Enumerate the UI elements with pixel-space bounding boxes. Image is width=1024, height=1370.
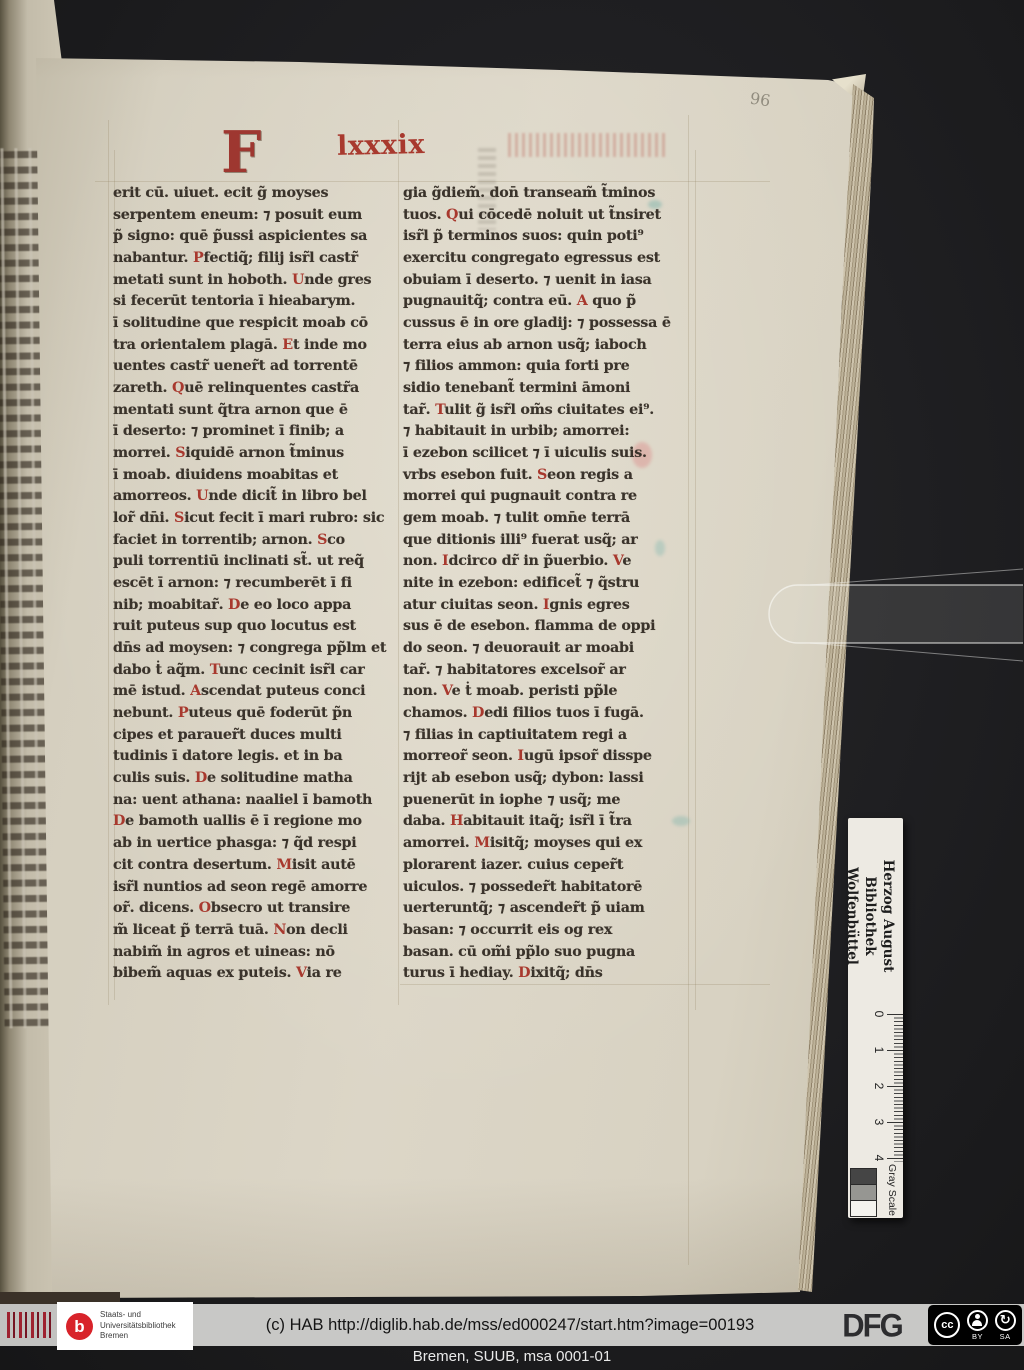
manuscript-text-line: uentes castr̃ uener̃t ad torrentē bbox=[113, 356, 403, 378]
manuscript-text-line: do seon. ⁊ deuorauit ar moabi bbox=[403, 638, 693, 660]
manuscript-text-line: ī deserto: ⁊ prominet ī finib; a bbox=[113, 421, 403, 443]
text-column-right: gia g̃diem̃. don̄ transeam̃ t̃minostuos.… bbox=[403, 183, 693, 985]
text-column-left: erit cū. uiuet. ecit g̃ moysesserpentem … bbox=[113, 183, 403, 985]
bremen-library-logo: b Staats- und Universitätsbibliothek Bre… bbox=[57, 1302, 193, 1350]
cc-sa-icon: ↻ SA bbox=[995, 1310, 1016, 1341]
dfg-logo: DFG bbox=[818, 1303, 926, 1347]
manuscript-text-line: mē istud. Ascendat puteus conci bbox=[113, 681, 403, 703]
gray-scale-swatch bbox=[850, 1168, 877, 1185]
manuscript-text-line: non. Idcirco dr̃ in p̃uerbio. Ve bbox=[403, 551, 693, 573]
manuscript-text-line: sus ē de esebon. flamma de oppi bbox=[403, 616, 693, 638]
manuscript-text-line: ⁊ habitauit in urbib; amorrei: bbox=[403, 421, 693, 443]
manuscript-text-line: ī ezebon scilicet ⁊ ī uiculis suis. bbox=[403, 443, 693, 465]
manuscript-text-line: morrei. Siquidē arnon t̃minus bbox=[113, 443, 403, 465]
manuscript-text-line: obuiam ī deserto. ⁊ uenit in iasa bbox=[403, 270, 693, 292]
manuscript-text-line: nib; moabitar̃. De eo loco appa bbox=[113, 595, 403, 617]
manuscript-text-line: De bamoth uallis ē ī regione mo bbox=[113, 811, 403, 833]
manuscript-text-line: uiculos. ⁊ posseder̃t habitatorē bbox=[403, 877, 693, 899]
ruler-minor-ticks bbox=[894, 1014, 903, 1162]
folio-number-pencil: 96 bbox=[749, 89, 772, 111]
ruling-line bbox=[108, 120, 109, 1005]
manuscript-text-line: nite in ezebon: edificet̃ ⁊ q̃stru bbox=[403, 573, 693, 595]
manuscript-text-line: exercitu congregato egressus est bbox=[403, 248, 693, 270]
manuscript-text-line: na: uent athana: naaliel ī bamoth bbox=[113, 790, 403, 812]
cc-by-icon: BY bbox=[967, 1310, 988, 1341]
manuscript-text-line: chamos. Dedi filios tuos ī fugā. bbox=[403, 703, 693, 725]
ruler-tick bbox=[887, 1014, 903, 1015]
digitized-manuscript-photo: lxxxix F 96 erit cū. uiuet. ecit g̃ moys… bbox=[0, 0, 1024, 1370]
manuscript-text-line: pugnauitq̃; contra eū. A quo p̃ bbox=[403, 291, 693, 313]
manuscript-text-line: ī solitudine que respicit moab cō bbox=[113, 313, 403, 335]
manuscript-text-line: turus ī hediay. Dixitq̃; dn̄s bbox=[403, 963, 693, 985]
manuscript-text-line: ab in uertice phasga: ⁊ q̃d respi bbox=[113, 833, 403, 855]
manuscript-text-line: amorreos. Unde dicit̃ in libro bel bbox=[113, 486, 403, 508]
manuscript-text-line: tudinis ī datore legis. et in ba bbox=[113, 746, 403, 768]
manuscript-text-line: sidio tenebant̃ termini āmoni bbox=[403, 378, 693, 400]
manuscript-text-line: serpentem eneum: ⁊ posuit eum bbox=[113, 205, 403, 227]
manuscript-text-line: puenerūt in iophe ⁊ usq̃; me bbox=[403, 790, 693, 812]
ruler-tick bbox=[887, 1158, 903, 1159]
gray-scale-swatch bbox=[850, 1200, 877, 1217]
gray-scale-label: Gray Scale bbox=[886, 1164, 898, 1216]
manuscript-text-line: nabantur. Pfectiq̃; filij isr̃l castr̃ bbox=[113, 248, 403, 270]
manuscript-text-line: basan. cū om̃i pp̃lo suo pugna bbox=[403, 942, 693, 964]
manuscript-text-line: daba. Habitauit itaq̃; isr̃l ī t̃ra bbox=[403, 811, 693, 833]
bremen-logo-text: Staats- und Universitätsbibliothek Breme… bbox=[100, 1310, 176, 1341]
shelfmark-caption: Bremen, SUUB, msa 0001-01 bbox=[0, 1348, 1024, 1365]
manuscript-text-line: ⁊ filias in captiuitatem regi a bbox=[403, 725, 693, 747]
manuscript-text-line: lor̃ dn̄i. Sicut fecit ī mari rubro: sic bbox=[113, 508, 403, 530]
manuscript-text-line: bibem̃ aquas ex puteis. Via re bbox=[113, 963, 403, 985]
manuscript-text-line: erit cū. uiuet. ecit g̃ moyses bbox=[113, 183, 403, 205]
manuscript-text-line: m̃ liceat p̃ terrā tuā. Non decli bbox=[113, 920, 403, 942]
manuscript-text-line: cit contra desertum. Misit autē bbox=[113, 855, 403, 877]
red-text-showthrough bbox=[508, 133, 668, 157]
manuscript-text-line: tuos. Qui cōcedē noluit ut t̃nsiret bbox=[403, 205, 693, 227]
manuscript-text-line: metati sunt in hoboth. Unde gres bbox=[113, 270, 403, 292]
manuscript-text-line: vrbs esebon fuit. Seon regis a bbox=[403, 465, 693, 487]
manuscript-text-line: amorrei. Misitq̃; moyses qui ex bbox=[403, 833, 693, 855]
manuscript-text-line: ⁊ filios ammon: quia forti pre bbox=[403, 356, 693, 378]
color-target-icon bbox=[0, 1304, 57, 1346]
manuscript-text-line: non. Ve ṫ moab. peristi pp̃le bbox=[403, 681, 693, 703]
manuscript-text-line: que ditionis illi⁹ fuerat usq̃; ar bbox=[403, 530, 693, 552]
ruler-tick-label: 3 bbox=[872, 1115, 886, 1129]
manuscript-text-line: dabo ṫ aq̃m. Tunc cecinit isr̃l car bbox=[113, 660, 403, 682]
ruler-tick bbox=[887, 1086, 903, 1087]
manuscript-text-line: si fecerūt tentoria ī hieabarym. bbox=[113, 291, 403, 313]
manuscript-text-line: cussus ē in ore gladij: ⁊ possessa ē bbox=[403, 313, 693, 335]
manuscript-text-line: morreor̃ seon. Iugū ipsor̃ disspe bbox=[403, 746, 693, 768]
plastic-page-holder bbox=[750, 555, 1024, 675]
ruling-line bbox=[95, 181, 770, 182]
manuscript-text-line: escēt ī arnon: ⁊ recumberēt ī fi bbox=[113, 573, 403, 595]
attribution-bar: b Staats- und Universitätsbibliothek Bre… bbox=[0, 1304, 1024, 1346]
ruler-tick bbox=[887, 1122, 903, 1123]
manuscript-text-line: uerteruntq̃; ⁊ ascender̃t p̃ uiam bbox=[403, 898, 693, 920]
manuscript-text-line: mentati sunt q̃tra arnon que ē bbox=[113, 400, 403, 422]
ruler-institution-label: Herzog August Bibliothek Wolfenbüttel bbox=[842, 822, 897, 1010]
copyright-line: (c) HAB http://diglib.hab.de/mss/ed00024… bbox=[200, 1304, 820, 1346]
manuscript-text-line: morrei qui pugnauit contra re bbox=[403, 486, 693, 508]
drop-cap-initial: F bbox=[221, 124, 261, 181]
manuscript-text-line: zareth. Quē relinquentes castr̃a bbox=[113, 378, 403, 400]
manuscript-text-line: puli torrentiū inclinati st̃. ut req̃ bbox=[113, 551, 403, 573]
manuscript-text-line: culis suis. De solitudine matha bbox=[113, 768, 403, 790]
manuscript-text-line: ī moab. diuidens moabitas et bbox=[113, 465, 403, 487]
chapter-number-rubric: lxxxix bbox=[337, 129, 426, 162]
cc-icon: cc bbox=[934, 1312, 960, 1338]
manuscript-text-line: nebunt. Puteus quē foderūt p̃n bbox=[113, 703, 403, 725]
manuscript-text-line: gem moab. ⁊ tulit omn̄e terrā bbox=[403, 508, 693, 530]
manuscript-text-line: cipes et parauer̃t duces multi bbox=[113, 725, 403, 747]
ruler-tick-label: 2 bbox=[872, 1079, 886, 1093]
bremen-logo-icon: b bbox=[66, 1313, 93, 1340]
manuscript-text-line: p̃ signo: quē p̃ussi aspicientes sa bbox=[113, 226, 403, 248]
manuscript-text-line: nabim̃ in agros et uineas: nō bbox=[113, 942, 403, 964]
manuscript-text-line: basan: ⁊ occurrit eis og rex bbox=[403, 920, 693, 942]
ruler-tick bbox=[887, 1050, 903, 1051]
manuscript-text-line: ruit puteus sup quo locutus est bbox=[113, 616, 403, 638]
photographic-ruler: Herzog August Bibliothek Wolfenbüttel 01… bbox=[848, 818, 903, 1218]
manuscript-text-line: isr̃l p̃ terminos suos: quin poti⁹ bbox=[403, 226, 693, 248]
ruling-line bbox=[695, 150, 696, 1010]
manuscript-text-line: tar̃. Tulit g̃ isr̃l om̃s ciuitates ei⁹. bbox=[403, 400, 693, 422]
manuscript-text-line: faciet in torrentib; arnon. Sco bbox=[113, 530, 403, 552]
manuscript-text-line: gia g̃diem̃. don̄ transeam̃ t̃minos bbox=[403, 183, 693, 205]
manuscript-text-line: or̃. dicens. Obsecro ut transire bbox=[113, 898, 403, 920]
manuscript-text-line: tra orientalem plagā. Et inde mo bbox=[113, 335, 403, 357]
manuscript-text-line: rijt ab esebon usq̃; dybon: lassi bbox=[403, 768, 693, 790]
manuscript-text-line: tar̃. ⁊ habitatores excelsor̃ ar bbox=[403, 660, 693, 682]
manuscript-text-line: atur ciuitas seon. Ignis egres bbox=[403, 595, 693, 617]
manuscript-text-line: isr̃l nuntios ad seon regē amorre bbox=[113, 877, 403, 899]
manuscript-text-line: plorarent iazer. cuius ceper̃t bbox=[403, 855, 693, 877]
ruler-tick-label: 0 bbox=[872, 1007, 886, 1021]
manuscript-text-line: terra eius ab arnon usq̃; iaboch bbox=[403, 335, 693, 357]
ruler-tick-label: 4 bbox=[872, 1151, 886, 1165]
gray-scale-swatch bbox=[850, 1184, 877, 1201]
ruler-tick-label: 1 bbox=[872, 1043, 886, 1057]
manuscript-text-line: dn̄s ad moysen: ⁊ congrega pp̃lm et bbox=[113, 638, 403, 660]
cc-license-badge: cc BY ↻ SA bbox=[928, 1305, 1022, 1345]
